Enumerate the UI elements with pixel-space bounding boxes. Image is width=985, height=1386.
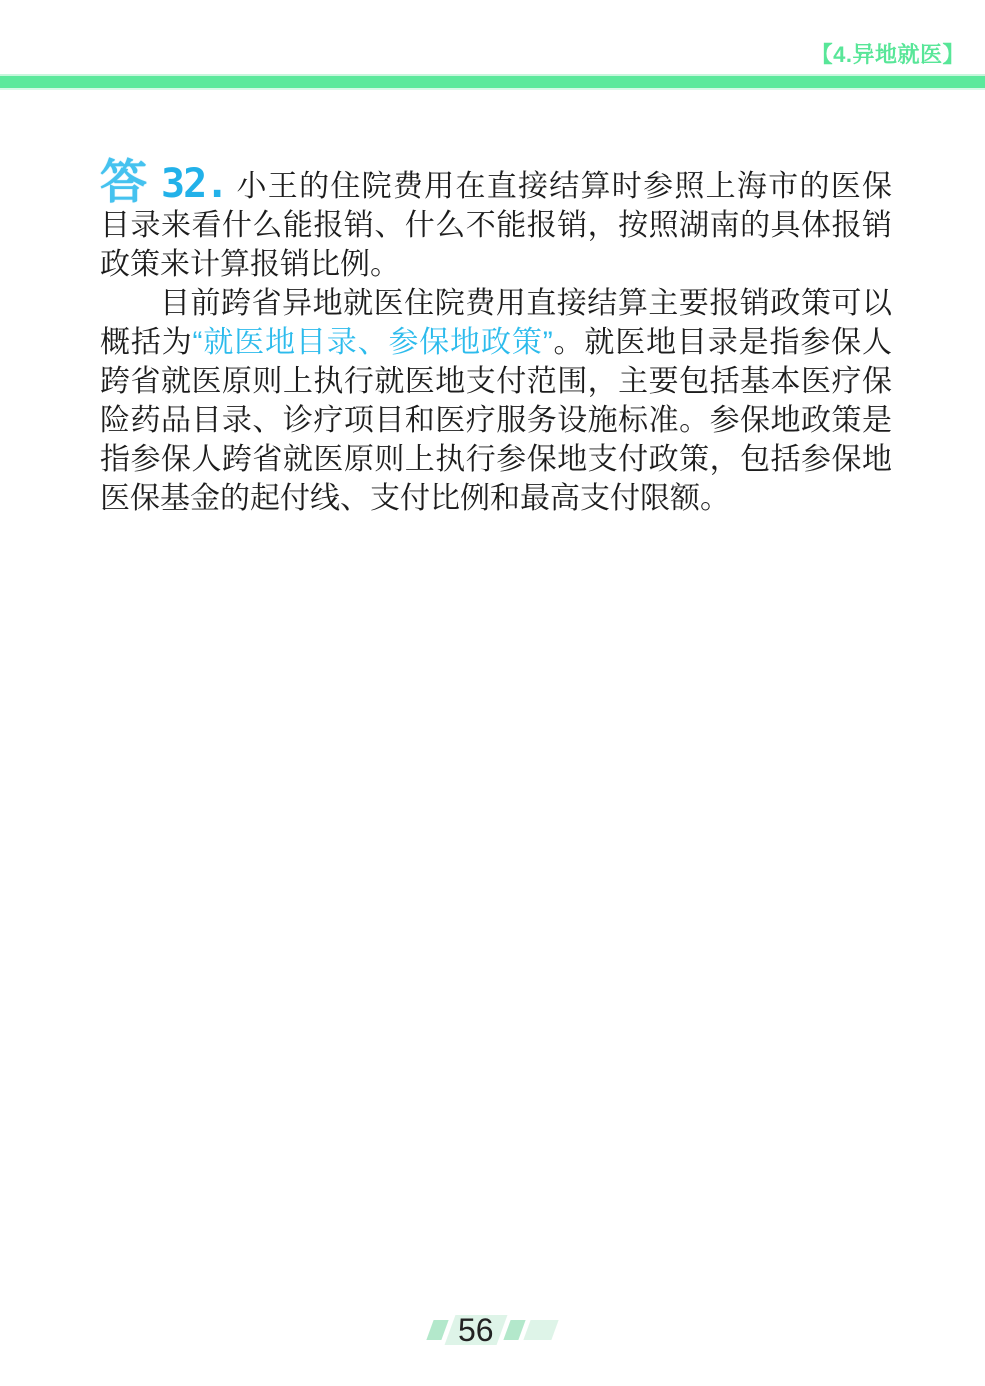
content-area: 答32.小王的住院费用在直接结算时参照上海市的医保目录来看什么能报销、什么不能报… [100,167,892,518]
footer-slash-decoration [523,1320,558,1340]
header-divider-bar [0,76,985,88]
answer-number: 32. [161,169,227,199]
footer-slash-decoration [426,1320,448,1340]
page-footer: 56 [0,1310,985,1350]
page-number: 56 [458,1314,494,1346]
answer-paragraph: 答32.小王的住院费用在直接结算时参照上海市的医保目录来看什么能报销、什么不能报… [100,167,892,284]
book-page: 【4.异地就医】 答32.小王的住院费用在直接结算时参照上海市的医保目录来看什么… [0,0,985,1386]
section-tag: 【4.异地就医】 [811,42,965,68]
page-number-band: 56 [445,1315,508,1345]
footer-slash-decoration [503,1320,525,1340]
answer-label: 答 [100,167,147,197]
policy-paragraph: 目前跨省异地就医住院费用直接结算主要报销政策可以概括为“就医地目录、参保地政策”… [100,284,892,518]
highlighted-phrase: “就医地目录、参保地政策” [193,326,553,359]
